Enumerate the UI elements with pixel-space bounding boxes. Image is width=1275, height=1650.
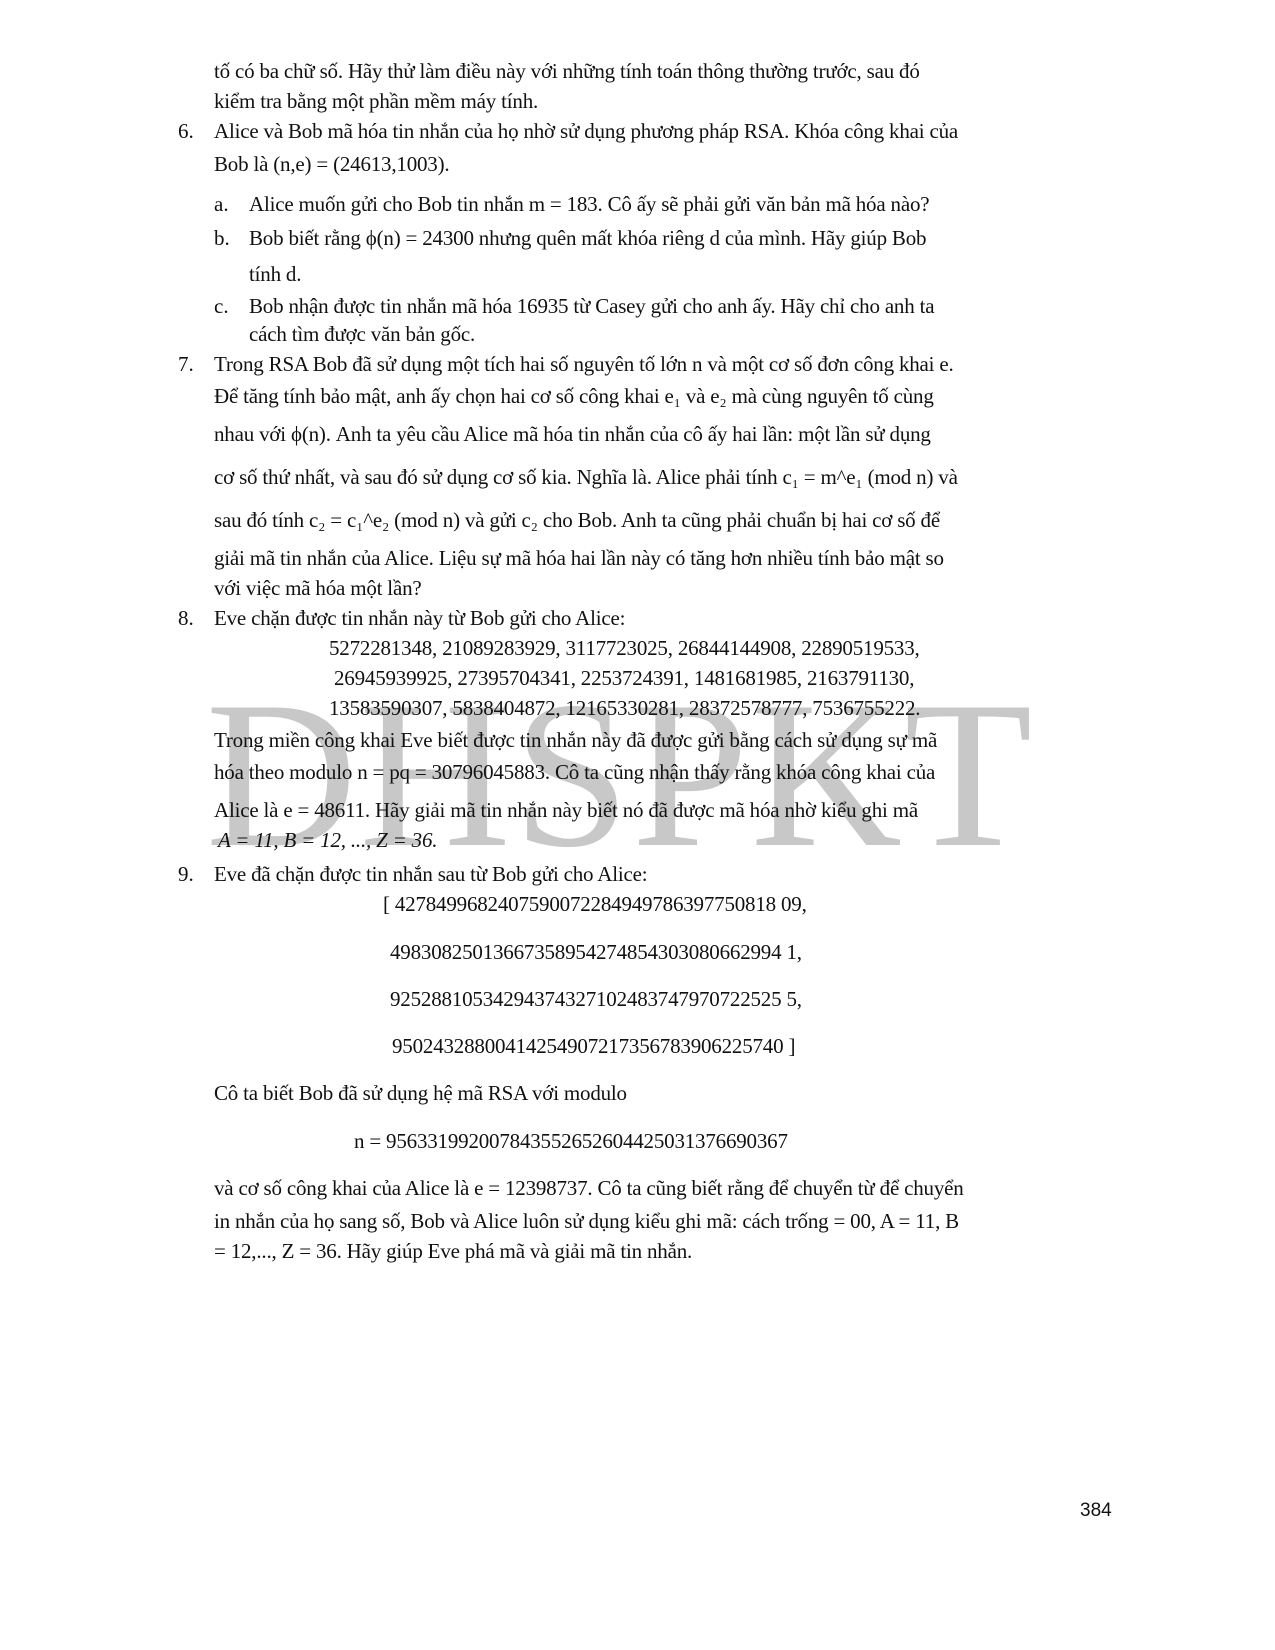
problem-text: cơ số thứ nhất, và sau đó sử dụng cơ số … <box>214 463 958 491</box>
ciphertext-line: 13583590307, 5838404872, 12165330281, 28… <box>329 694 920 722</box>
problem-text: nhau với ϕ(n). Anh ta yêu cầu Alice mã h… <box>214 420 931 448</box>
part-text: Bob nhận được tin nhắn mã hóa 16935 từ C… <box>249 292 934 320</box>
problem-text: giải mã tin nhắn của Alice. Liệu sự mã h… <box>214 544 944 572</box>
problem-number: 9. <box>178 860 194 888</box>
problem-text: Eve đã chặn được tin nhắn sau từ Bob gửi… <box>214 860 647 888</box>
ciphertext-line: 26945939925, 27395704341, 2253724391, 14… <box>334 664 914 692</box>
problem-text: Cô ta biết Bob đã sử dụng hệ mã RSA với … <box>214 1079 627 1107</box>
problem-number: 7. <box>178 350 194 378</box>
problem-text: = 12,..., Z = 36. Hãy giúp Eve phá mã và… <box>214 1237 692 1265</box>
ciphertext-values: 5272281348, 21089283929, 3117723025, 268… <box>329 634 920 662</box>
problem-text: sau đó tính c₂ = c₁^e₂ (mod n) và gửi c₂… <box>214 506 940 534</box>
problem-text: hóa theo modulo n = pq = 30796045883. Cô… <box>214 758 935 786</box>
part-text: cách tìm được văn bản gốc. <box>249 320 475 348</box>
problem-text: Trong RSA Bob đã sử dụng một tích hai số… <box>214 350 954 378</box>
ciphertext-line: 92528810534294374327102483747970722525 5… <box>390 985 802 1013</box>
problem-text: với việc mã hóa một lần? <box>214 574 422 602</box>
ciphertext-line: 49830825013667358954274854303080662994 1… <box>390 938 802 966</box>
problem-text: và cơ số công khai của Alice là e = 1239… <box>214 1174 964 1202</box>
intro-line: tố có ba chữ số. Hãy thử làm điều này vớ… <box>214 57 920 85</box>
part-label: c. <box>214 292 229 320</box>
problem-text: A = 11, B = 12, ..., Z = 36. <box>218 826 437 854</box>
part-text: Alice muốn gửi cho Bob tin nhắn m = 183.… <box>249 190 929 218</box>
intro-line: kiểm tra bằng một phần mềm máy tính. <box>214 87 538 115</box>
problem-text: in nhắn của họ sang số, Bob và Alice luô… <box>214 1207 959 1235</box>
document-page: tố có ba chữ số. Hãy thử làm điều này vớ… <box>0 0 1275 1650</box>
problem-text: Alice là e = 48611. Hãy giải mã tin nhắn… <box>214 796 918 824</box>
problem-text: Trong miền công khai Eve biết được tin n… <box>214 726 937 754</box>
problem-number: 6. <box>178 117 194 145</box>
page-number: 384 <box>1080 1500 1112 1522</box>
modulo-value: n = 956331992007843552652604425031376690… <box>354 1127 788 1155</box>
problem-text: Eve chặn được tin nhắn này từ Bob gửi ch… <box>214 604 625 632</box>
part-text: tính d. <box>249 260 301 288</box>
part-text: Bob biết rằng ϕ(n) = 24300 nhưng quên mấ… <box>249 224 926 252</box>
part-label: a. <box>214 190 229 218</box>
ciphertext-line: 95024328800414254907217356783906225740 ] <box>392 1032 795 1060</box>
problem-text: Để tăng tính bảo mật, anh ấy chọn hai cơ… <box>214 382 934 410</box>
problem-text: Bob là (n,e) = (24613,1003). <box>214 150 449 178</box>
ciphertext-line: [ 4278499682407590072284949786397750818 … <box>383 890 807 918</box>
problem-number: 8. <box>178 604 194 632</box>
part-label: b. <box>214 224 230 252</box>
problem-text: Alice và Bob mã hóa tin nhắn của họ nhờ … <box>214 117 958 145</box>
